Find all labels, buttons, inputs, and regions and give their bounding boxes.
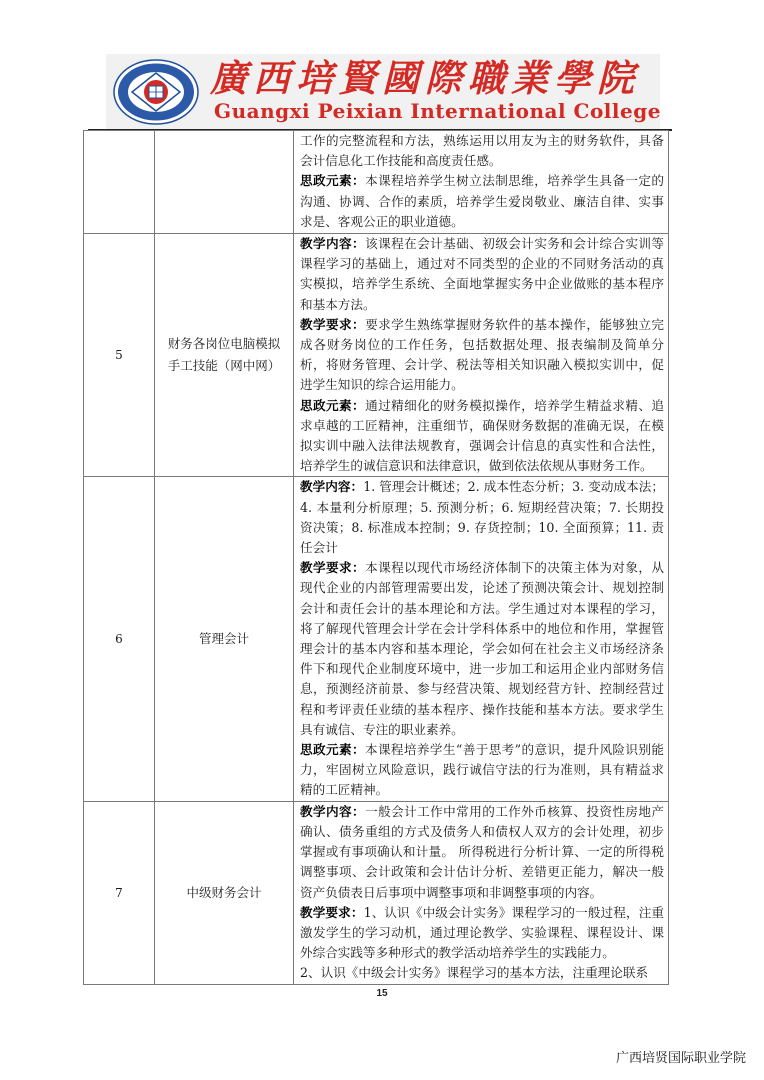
description-paragraph: 教学要求：本课程以现代市场经济体制下的决策主体为对象，从现代企业的内部管理需要出… <box>300 558 664 740</box>
college-title-english: Guangxi Peixian International College <box>214 98 661 124</box>
table-row: 7 中级财务会计 教学内容：一般会计工作中常用的工作外币核算、投资性房地产确认、… <box>84 801 669 984</box>
college-logo-icon <box>112 58 200 126</box>
row-number: 6 <box>84 477 155 801</box>
description-paragraph: 工作的完整流程和方法，熟练运用以用友为主的财务软件，具备会计信息化工作技能和高度… <box>300 131 664 171</box>
header-banner: 廣西培賢國際職業學院 Guangxi Peixian International… <box>106 54 660 130</box>
course-name: 中级财务会计 <box>155 801 294 984</box>
footer-organization: 广西培贤国际职业学院 <box>616 1047 746 1066</box>
description-paragraph: 教学内容：该课程在会计基础、初级会计实务和会计综合实训等课程学习的基础上，通过对… <box>300 234 664 315</box>
row-number: 7 <box>84 801 155 984</box>
course-name: 财务各岗位电脑模拟手工技能（网中网） <box>155 234 294 477</box>
table-row: 5 财务各岗位电脑模拟手工技能（网中网） 教学内容：该课程在会计基础、初级会计实… <box>84 234 669 477</box>
description-paragraph: 教学要求：1、认识《中级会计实务》课程学习的一般过程，注重激发学生的学习动机，通… <box>300 903 664 964</box>
course-name: 管理会计 <box>155 477 294 801</box>
table-row: 6 管理会计 教学内容：1. 管理会计概述；2. 成本性态分析；3. 变动成本法… <box>84 477 669 801</box>
course-description: 教学内容：该课程在会计基础、初级会计实务和会计综合实训等课程学习的基础上，通过对… <box>294 234 669 477</box>
description-paragraph: 教学要求：要求学生熟练掌握财务软件的基本操作，能够独立完成各财务岗位的工作任务，… <box>300 315 664 396</box>
description-paragraph: 思政元素：通过精细化的财务模拟操作，培养学生精益求精、追求卓越的工匠精神，注重细… <box>300 396 664 477</box>
course-description: 教学内容：一般会计工作中常用的工作外币核算、投资性房地产确认、债务重组的方式及债… <box>294 801 669 984</box>
college-title-chinese: 廣西培賢國際職業學院 <box>210 56 640 100</box>
row-number <box>84 131 155 234</box>
description-paragraph: 思政元素：本课程培养学生“善于思考”的意识，提升风险识别能力，牢固树立风险意识，… <box>300 740 664 801</box>
table-row: 工作的完整流程和方法，熟练运用以用友为主的财务软件，具备会计信息化工作技能和高度… <box>84 131 669 234</box>
course-description: 教学内容：1. 管理会计概述；2. 成本性态分析；3. 变动成本法；4. 本量利… <box>294 477 669 801</box>
course-table: 工作的完整流程和方法，熟练运用以用友为主的财务软件，具备会计信息化工作技能和高度… <box>83 130 669 985</box>
course-name <box>155 131 294 234</box>
page-number: 15 <box>0 988 764 999</box>
description-paragraph: 教学内容：1. 管理会计概述；2. 成本性态分析；3. 变动成本法；4. 本量利… <box>300 477 664 558</box>
row-number: 5 <box>84 234 155 477</box>
course-description: 工作的完整流程和方法，熟练运用以用友为主的财务软件，具备会计信息化工作技能和高度… <box>294 131 669 234</box>
description-paragraph: 2、认识《中级会计实务》课程学习的基本方法，注重理论联系 <box>300 963 664 983</box>
description-paragraph: 思政元素：本课程培养学生树立法制思维，培养学生具备一定的沟通、协调、合作的素质，… <box>300 171 664 232</box>
description-paragraph: 教学内容：一般会计工作中常用的工作外币核算、投资性房地产确认、债务重组的方式及债… <box>300 802 664 903</box>
